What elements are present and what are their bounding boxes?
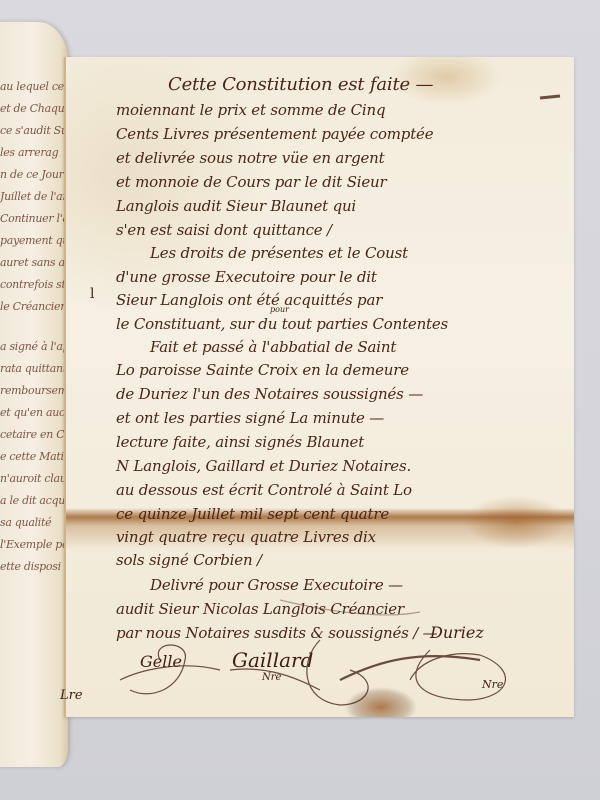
text-line: le Constituant, sur du tout parties Cont…: [116, 315, 448, 333]
left-page-line: sa qualité: [0, 516, 68, 529]
left-page-line: le Créancier: [0, 300, 68, 313]
previous-page-curled: au lequel ceux p et de Chaqu ce s'audit …: [0, 22, 68, 767]
left-page-line: contrefois stipu: [0, 278, 68, 291]
signature-gaillard-title: Nre: [262, 672, 281, 683]
left-page-line: n'auroit clau d: [0, 472, 68, 485]
text-line: audit Sieur Nicolas Langlois Créancier: [116, 600, 404, 618]
signature-duriez-title: Nre: [482, 678, 503, 691]
signature-duriez: Duriez: [430, 623, 484, 642]
signature-left: Gelle: [140, 652, 182, 671]
text-line: ce quinze Juillet mil sept cent quatre: [116, 505, 389, 523]
text-line: Langlois audit Sieur Blaunet qui: [116, 197, 356, 215]
left-page-line: a le dit acqu: [0, 494, 68, 507]
signature-gaillard: Gaillard: [232, 648, 313, 672]
water-stain: [446, 477, 574, 557]
text-line: Les droits de présentes et le Coust: [150, 244, 408, 262]
left-page-line: e cette Matiè: [0, 450, 68, 463]
text-line: lecture faite, ainsi signés Blaunet: [116, 433, 364, 451]
left-page-line: n de ce Jour p: [0, 168, 68, 181]
text-line: et monnoie de Cours par le dit Sieur: [116, 173, 386, 191]
text-line: Fait et passé à l'abbatial de Saint: [150, 338, 396, 356]
left-page-line: auret sans a: [0, 256, 68, 269]
left-page-line: ce s'audit Sub: [0, 124, 68, 137]
text-line: sols signé Corbien /: [116, 551, 262, 569]
left-page-line: ette disposi: [0, 560, 68, 573]
text-line: Lo paroisse Sainte Croix en la demeure: [116, 361, 409, 379]
text-line: Delivré pour Grosse Executoire —: [150, 576, 403, 594]
left-page-line: rata quittant: [0, 362, 68, 375]
text-line: et ont les parties signé La minute —: [116, 409, 384, 427]
margin-mark: l: [90, 286, 94, 302]
left-page-line: et qu'en aucun: [0, 406, 68, 419]
left-page-line: au lequel ceux p: [0, 80, 68, 93]
left-page-line: cetaire en Créa: [0, 428, 68, 441]
ink-blot-stain: [336, 672, 426, 717]
text-line: d'une grosse Executoire pour le dit: [116, 268, 377, 286]
text-line: Sieur Langlois ont été acquittés par: [116, 291, 382, 309]
left-page-line: et de Chaqu: [0, 102, 68, 115]
left-page-line: Juillet de l'an: [0, 190, 68, 203]
left-page-line: a signé à l'app: [0, 340, 68, 353]
text-line: moiennant le prix et somme de Cinq: [116, 101, 385, 119]
superscript-note: pour: [270, 305, 289, 314]
text-line: de Duriez l'un des Notaires soussignés —: [116, 385, 423, 403]
text-line: Cents Livres présentement payée comptée: [116, 125, 433, 143]
left-page-line: l'Exemple pou: [0, 538, 68, 551]
text-line: vingt quatre reçu quatre Livres dix: [116, 528, 376, 546]
text-line: par nous Notaires susdits & soussignés /…: [116, 624, 437, 642]
text-line: et delivrée sous notre vüe en argent: [116, 149, 384, 167]
text-line: Cette Constitution est faite —: [168, 74, 433, 95]
text-line: s'en est saisi dont quittance /: [116, 221, 332, 239]
left-page-line: payement qu'il: [0, 234, 68, 247]
text-line: N Langlois, Gaillard et Duriez Notaires.: [116, 457, 411, 475]
corner-mark: Lre: [60, 688, 83, 703]
text-line: au dessous est écrit Controlé à Saint Lo: [116, 481, 412, 499]
left-page-line: Continuer l'au: [0, 212, 68, 225]
left-page-line: remboursement: [0, 384, 68, 397]
left-page-line: les arrerag: [0, 146, 68, 159]
